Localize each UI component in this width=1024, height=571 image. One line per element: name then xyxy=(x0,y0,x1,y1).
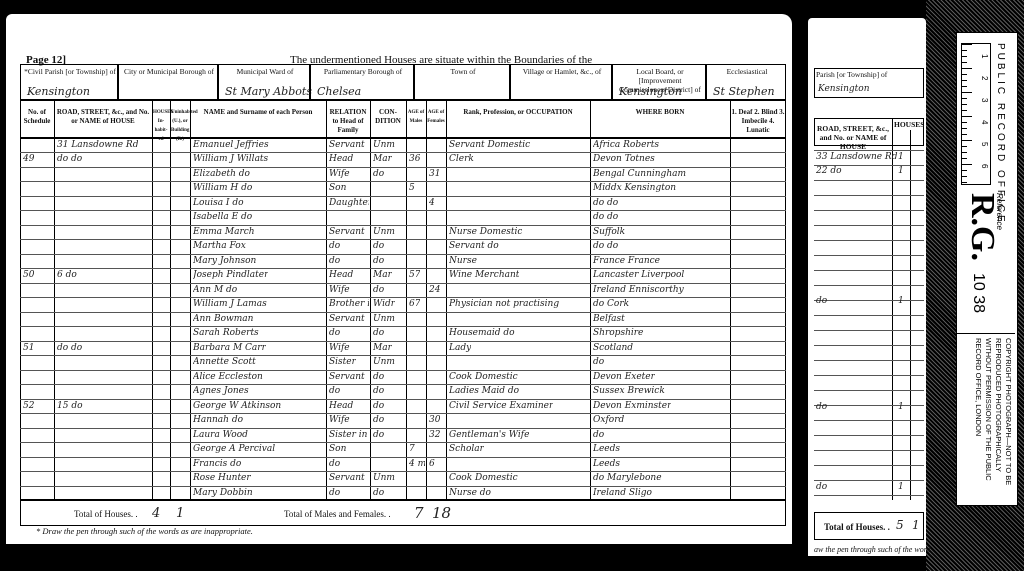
header-box: Municipal Ward ofSt Mary Abbots xyxy=(218,64,310,100)
cell-born: France France xyxy=(593,256,660,266)
column-header: RELATION to Head of Family xyxy=(327,108,369,135)
cell-relation: do xyxy=(329,488,340,498)
cell-relation: Servant xyxy=(329,227,365,237)
cell-born: Africa Roberts xyxy=(593,140,659,150)
scale-tick xyxy=(962,50,967,51)
cell-occupation: Civil Service Examiner xyxy=(449,401,553,411)
next-cell-address: do xyxy=(816,402,827,412)
column-header: WHERE BORN xyxy=(591,108,729,117)
next-row-rule xyxy=(814,240,924,241)
cell-condition: do xyxy=(373,285,384,295)
column-header: ROAD, STREET, &c., and No. or NAME of HO… xyxy=(55,108,151,126)
next-cell-address: do xyxy=(816,482,827,492)
cell-name: Francis do xyxy=(193,459,241,469)
scale-tick xyxy=(962,134,967,135)
cell-condition: do xyxy=(373,488,384,498)
next-total-inhabited: 5 xyxy=(896,518,904,532)
row-rule xyxy=(20,413,786,414)
cell-age_f: 31 xyxy=(429,169,440,179)
cell-age_m: 57 xyxy=(409,270,420,280)
scale-tick xyxy=(962,92,972,93)
row-rule xyxy=(20,283,786,284)
header-box-value: St Stephen xyxy=(713,85,775,98)
cell-relation: Servant xyxy=(329,473,365,483)
cell-born: do xyxy=(593,430,604,440)
cell-occupation: Scholar xyxy=(449,444,484,454)
cell-born: Devon Exeter xyxy=(593,372,655,382)
cell-born: Devon Exminster xyxy=(593,401,671,411)
next-cell-inhabited: 1 xyxy=(898,166,904,176)
next-row-rule xyxy=(814,330,924,331)
column-header: No. of Schedule xyxy=(21,108,53,126)
cell-condition: do xyxy=(373,169,384,179)
cell-age_f: 30 xyxy=(429,415,440,425)
next-row-rule xyxy=(814,225,924,226)
header-box-label: Parliamentary Borough of xyxy=(313,67,413,76)
cell-relation: Brother in law xyxy=(329,299,369,309)
total-females: 18 xyxy=(432,504,451,522)
next-cell-address: 33 Lansdowne Rd xyxy=(816,152,897,162)
footnote: * Draw the pen through such of the words… xyxy=(36,526,253,536)
next-cell-address: do xyxy=(816,296,827,306)
row-rule xyxy=(20,442,786,443)
row-rule xyxy=(20,196,786,197)
cell-age_m: 36 xyxy=(409,154,420,164)
next-row-rule xyxy=(814,270,924,271)
cell-name: Joseph Pindlater xyxy=(193,270,268,280)
cell-condition: do xyxy=(373,401,384,411)
header-box: *Civil Parish [or Township] ofKensington xyxy=(20,64,118,100)
next-parish-value: Kensington xyxy=(818,84,870,94)
cell-born: do Cork xyxy=(593,299,629,309)
cell-name: Rose Hunter xyxy=(193,473,251,483)
cell-name: Barbara M Carr xyxy=(193,343,266,353)
archive-reference-strip: 123456 PUBLIC RECORD OFFICE Reference R.… xyxy=(956,32,1018,506)
cell-born: Suffolk xyxy=(593,227,625,237)
row-rule xyxy=(20,268,786,269)
column-divider xyxy=(152,100,153,500)
column-header: NAME and Surname of each Person xyxy=(191,108,325,117)
scale-tick xyxy=(962,146,967,147)
total-persons-label: Total of Males and Females. . xyxy=(284,509,391,519)
cell-condition: do xyxy=(373,372,384,382)
next-row-rule xyxy=(814,495,924,496)
header-box-value: Kensington xyxy=(619,85,682,98)
next-row-rule xyxy=(814,345,924,346)
row-rule xyxy=(20,167,786,168)
cell-age_f: 4 xyxy=(429,198,435,208)
next-divider xyxy=(892,118,893,500)
scale-tick xyxy=(962,74,967,75)
cell-name: William J Lamas xyxy=(193,299,267,309)
cell-born: Ireland Sligo xyxy=(593,488,652,498)
next-row-rule xyxy=(814,435,924,436)
scale-tick xyxy=(962,62,967,63)
cell-condition: Unm xyxy=(373,473,395,483)
cell-condition: do xyxy=(373,241,384,251)
scale-tick xyxy=(962,176,967,177)
column-divider xyxy=(426,100,427,500)
next-row-rule xyxy=(814,315,924,316)
next-row-rule xyxy=(814,450,924,451)
next-row-rule xyxy=(814,150,924,151)
cell-name: Ann Bowman xyxy=(193,314,253,324)
scale-tick xyxy=(962,80,967,81)
cell-condition: Unm xyxy=(373,314,395,324)
cell-schedule: 49 xyxy=(23,154,34,164)
cell-condition: Unm xyxy=(373,357,395,367)
cell-occupation: Lady xyxy=(449,343,471,353)
cell-occupation: Nurse Domestic xyxy=(449,227,522,237)
cell-name: Emma March xyxy=(193,227,255,237)
column-header: CON-DITION xyxy=(371,108,405,126)
cell-name: Isabella E do xyxy=(193,212,252,222)
cell-born: do xyxy=(593,357,604,367)
cell-condition: Mar xyxy=(373,270,392,280)
scale-tick xyxy=(962,44,972,45)
cell-relation: do xyxy=(329,241,340,251)
scale-tick xyxy=(962,140,972,141)
cell-relation: do xyxy=(329,386,340,396)
scale-number: 6 xyxy=(980,164,989,168)
cell-name: Agnes Jones xyxy=(193,386,249,396)
scale-tick xyxy=(962,98,967,99)
cell-occupation: Ladies Maid do xyxy=(449,386,519,396)
column-divider xyxy=(446,100,447,500)
class-code: R.G. xyxy=(963,193,1001,261)
header-box: Town of xyxy=(414,64,510,100)
scale-number: 1 xyxy=(980,54,989,58)
cell-relation: Wife xyxy=(329,343,350,353)
cell-address: do do xyxy=(57,154,82,164)
row-rule xyxy=(20,341,786,342)
cell-born: Devon Totnes xyxy=(593,154,655,164)
scale-number: 5 xyxy=(980,142,989,146)
cell-born: Middx Kensington xyxy=(593,183,676,193)
cell-condition: do xyxy=(373,415,384,425)
next-row-rule xyxy=(814,360,924,361)
cell-address: 15 do xyxy=(57,401,83,411)
cell-occupation: Nurse do xyxy=(449,488,491,498)
next-cell-inhabited: 1 xyxy=(898,482,904,492)
row-rule xyxy=(20,210,786,211)
row-rule xyxy=(20,239,786,240)
cell-born: Oxford xyxy=(593,415,624,425)
cell-condition: do xyxy=(373,430,384,440)
cell-occupation: Clerk xyxy=(449,154,474,164)
cell-born: do do xyxy=(593,198,618,208)
cell-born: Bengal Cunningham xyxy=(593,169,686,179)
cell-relation: Wife xyxy=(329,285,350,295)
next-census-page xyxy=(808,18,926,556)
scale-tick xyxy=(962,122,967,123)
cell-occupation: Cook Domestic xyxy=(449,473,518,483)
scale-tick xyxy=(962,68,972,69)
column-divider xyxy=(54,100,55,500)
cell-born: Scotland xyxy=(593,343,633,353)
header-box-value: St Mary Abbots xyxy=(225,85,312,98)
header-box-value: Kensington xyxy=(27,85,90,98)
scale-tick xyxy=(962,104,967,105)
scale-number: 3 xyxy=(980,98,989,102)
cell-born: Leeds xyxy=(593,459,620,469)
scale-tick xyxy=(962,164,972,165)
cell-name: Emanuel Jeffries xyxy=(193,140,269,150)
next-footnote: aw the pen through such of the word xyxy=(814,545,931,554)
cell-name: Elizabeth do xyxy=(193,169,250,179)
cell-name: Laura Wood xyxy=(193,430,248,440)
cell-born: Shropshire xyxy=(593,328,643,338)
header-box-label: Town of xyxy=(417,67,509,76)
next-parish-label: Parish [or Township] of xyxy=(816,70,906,79)
cell-name: George A Percival xyxy=(193,444,275,454)
cell-relation: Son xyxy=(329,183,346,193)
next-row-rule xyxy=(814,375,924,376)
column-divider xyxy=(730,100,731,500)
cell-schedule: 50 xyxy=(23,270,34,280)
cell-name: Martha Fox xyxy=(193,241,246,251)
row-rule xyxy=(20,399,786,400)
header-box: EcclesiasticalSt Stephen xyxy=(706,64,786,100)
cell-relation: Head xyxy=(329,401,353,411)
scale-tick xyxy=(962,152,967,153)
next-row-rule xyxy=(814,480,924,481)
cell-born: Sussex Brewick xyxy=(593,386,665,396)
scale-tick xyxy=(962,170,967,171)
next-row-rule xyxy=(814,285,924,286)
header-box: Village or Hamlet, &c., of xyxy=(510,64,612,100)
row-rule xyxy=(20,428,786,429)
cell-occupation: Housemaid do xyxy=(449,328,515,338)
row-rule xyxy=(20,326,786,327)
cell-relation: Servant xyxy=(329,140,365,150)
header-box-label: Ecclesiastical xyxy=(709,67,785,76)
header-box-label: Municipal Ward of xyxy=(221,67,309,76)
scale-tick xyxy=(962,86,967,87)
copyright-notice: COPYRIGHT PHOTOGRAPH—NOT TO BE REPRODUCE… xyxy=(957,333,1015,503)
column-divider xyxy=(590,100,591,500)
column-divider xyxy=(406,100,407,500)
cell-age_m: 7 xyxy=(409,444,415,454)
cell-name: George W Atkinson xyxy=(193,401,281,411)
cell-name: Alice Eccleston xyxy=(193,372,263,382)
next-row-rule xyxy=(814,465,924,466)
cell-condition: do xyxy=(373,328,384,338)
cell-relation: Servant xyxy=(329,372,365,382)
cell-born: Leeds xyxy=(593,444,620,454)
cell-schedule: 52 xyxy=(23,401,34,411)
cell-name: Sarah Roberts xyxy=(193,328,259,338)
cell-occupation: Servant do xyxy=(449,241,499,251)
row-rule xyxy=(20,312,786,313)
scale-number: 4 xyxy=(980,120,989,124)
column-header: Rank, Profession, or OCCUPATION xyxy=(447,108,589,117)
cell-occupation: Cook Domestic xyxy=(449,372,518,382)
column-divider xyxy=(370,100,371,500)
next-row-rule xyxy=(814,405,924,406)
cell-age_f: 24 xyxy=(429,285,440,295)
piece-number: 10 38 xyxy=(969,273,987,313)
next-row-rule xyxy=(814,195,924,196)
next-row-rule xyxy=(814,300,924,301)
next-cell-inhabited: 1 xyxy=(898,296,904,306)
row-rule xyxy=(20,486,786,487)
next-road-header: ROAD, STREET, &c., and No. or NAME of HO… xyxy=(814,124,892,151)
cell-condition: Unm xyxy=(373,227,395,237)
total-males: 7 xyxy=(414,504,424,522)
cell-relation: do xyxy=(329,256,340,266)
scale-number: 2 xyxy=(980,76,989,80)
scale-tick xyxy=(962,110,967,111)
header-box: City or Municipal Borough of xyxy=(118,64,218,100)
next-houses-header: HOUSES xyxy=(894,120,924,129)
scale-tick xyxy=(962,158,967,159)
cell-name: Louisa I do xyxy=(193,198,244,208)
total-houses-label: Total of Houses. . xyxy=(74,509,138,519)
cell-condition: do xyxy=(373,386,384,396)
column-divider xyxy=(170,100,171,500)
cell-relation: Sister in law xyxy=(329,430,369,440)
next-row-rule xyxy=(814,210,924,211)
cell-relation: Wife xyxy=(329,415,350,425)
row-rule xyxy=(20,181,786,182)
measurement-scale: 123456 xyxy=(961,43,991,185)
cell-occupation: Gentleman's Wife xyxy=(449,430,529,440)
cell-condition: Mar xyxy=(373,154,392,164)
cell-relation: Sister xyxy=(329,357,356,367)
cell-relation: Wife xyxy=(329,169,350,179)
cell-condition: do xyxy=(373,256,384,266)
cell-occupation: Wine Merchant xyxy=(449,270,519,280)
column-divider xyxy=(326,100,327,500)
column-header: AGE of Females xyxy=(427,108,445,126)
cell-name: Ann M do xyxy=(193,285,237,295)
row-rule xyxy=(20,297,786,298)
cell-age_m: 4 months xyxy=(409,459,425,469)
cell-relation: Head xyxy=(329,154,353,164)
scale-tick xyxy=(962,56,967,57)
header-box-value: Chelsea xyxy=(317,85,361,98)
scale-tick xyxy=(962,128,967,129)
next-cell-inhabited: 1 xyxy=(898,402,904,412)
header-box: Local Board, or [Improvement Commissione… xyxy=(612,64,706,100)
cell-name: Annette Scott xyxy=(193,357,256,367)
cell-born: Belfast xyxy=(593,314,625,324)
cell-name: Mary Dobbin xyxy=(193,488,253,498)
next-row-rule xyxy=(814,390,924,391)
cell-name: Hannah do xyxy=(193,415,243,425)
cell-relation: Son xyxy=(329,444,346,454)
cell-occupation: Physician not practising xyxy=(449,299,559,309)
cell-age_m: 5 xyxy=(409,183,415,193)
row-rule xyxy=(20,370,786,371)
cell-condition: Widr xyxy=(373,299,395,309)
cell-occupation: Nurse xyxy=(449,256,477,266)
column-header: AGE of Males xyxy=(407,108,425,126)
header-box-label: *Civil Parish [or Township] of xyxy=(23,67,117,76)
next-total-uninhabited: 1 xyxy=(912,518,920,532)
row-rule xyxy=(20,225,786,226)
cell-relation: do xyxy=(329,459,340,469)
cell-born: do Marylebone xyxy=(593,473,662,483)
column-header: 1. Deaf 2. Blind 3. Imbecile 4. Lunatic xyxy=(731,108,785,135)
cell-name: William J Willats xyxy=(193,154,268,164)
next-row-rule xyxy=(814,180,924,181)
cell-name: Mary Johnson xyxy=(193,256,256,266)
scale-tick xyxy=(962,116,972,117)
row-rule xyxy=(20,457,786,458)
row-rule xyxy=(20,384,786,385)
cell-relation: do xyxy=(329,328,340,338)
cell-age_f: 32 xyxy=(429,430,440,440)
cell-address: 6 do xyxy=(57,270,77,280)
cell-born: do do xyxy=(593,212,618,222)
cell-relation: Daughter xyxy=(329,198,369,208)
cell-condition: Mar xyxy=(373,343,392,353)
next-cell-inhabited: 1 xyxy=(898,152,904,162)
scale-tick xyxy=(962,182,967,183)
total-inhabited: 4 xyxy=(152,506,160,521)
next-cell-address: 22 do xyxy=(816,166,842,176)
next-row-rule xyxy=(814,255,924,256)
header-box: Parliamentary Borough ofChelsea xyxy=(310,64,414,100)
row-rule xyxy=(20,471,786,472)
header-box-label: Village or Hamlet, &c., of xyxy=(513,67,611,76)
cell-born: Ireland Enniscorthy xyxy=(593,285,684,295)
cell-born: do do xyxy=(593,241,618,251)
column-divider xyxy=(190,100,191,500)
row-rule xyxy=(20,254,786,255)
cell-age_m: 67 xyxy=(409,299,420,309)
cell-name: William H do xyxy=(193,183,252,193)
cell-occupation: Servant Domestic xyxy=(449,140,530,150)
next-row-rule xyxy=(814,420,924,421)
cell-born: Lancaster Liverpool xyxy=(593,270,684,280)
total-uninhabited: 1 xyxy=(176,506,184,521)
cell-age_f: 6 xyxy=(429,459,435,469)
header-box-label: City or Municipal Borough of xyxy=(121,67,217,76)
row-rule xyxy=(20,152,786,153)
row-rule xyxy=(20,355,786,356)
cell-address: do do xyxy=(57,343,82,353)
cell-condition: Unm xyxy=(373,140,395,150)
cell-relation: Head xyxy=(329,270,353,280)
cell-address: 31 Lansdowne Rd xyxy=(57,140,138,150)
cell-relation: Servant xyxy=(329,314,365,324)
next-total-label: Total of Houses. . xyxy=(824,522,890,532)
cell-schedule: 51 xyxy=(23,343,34,353)
